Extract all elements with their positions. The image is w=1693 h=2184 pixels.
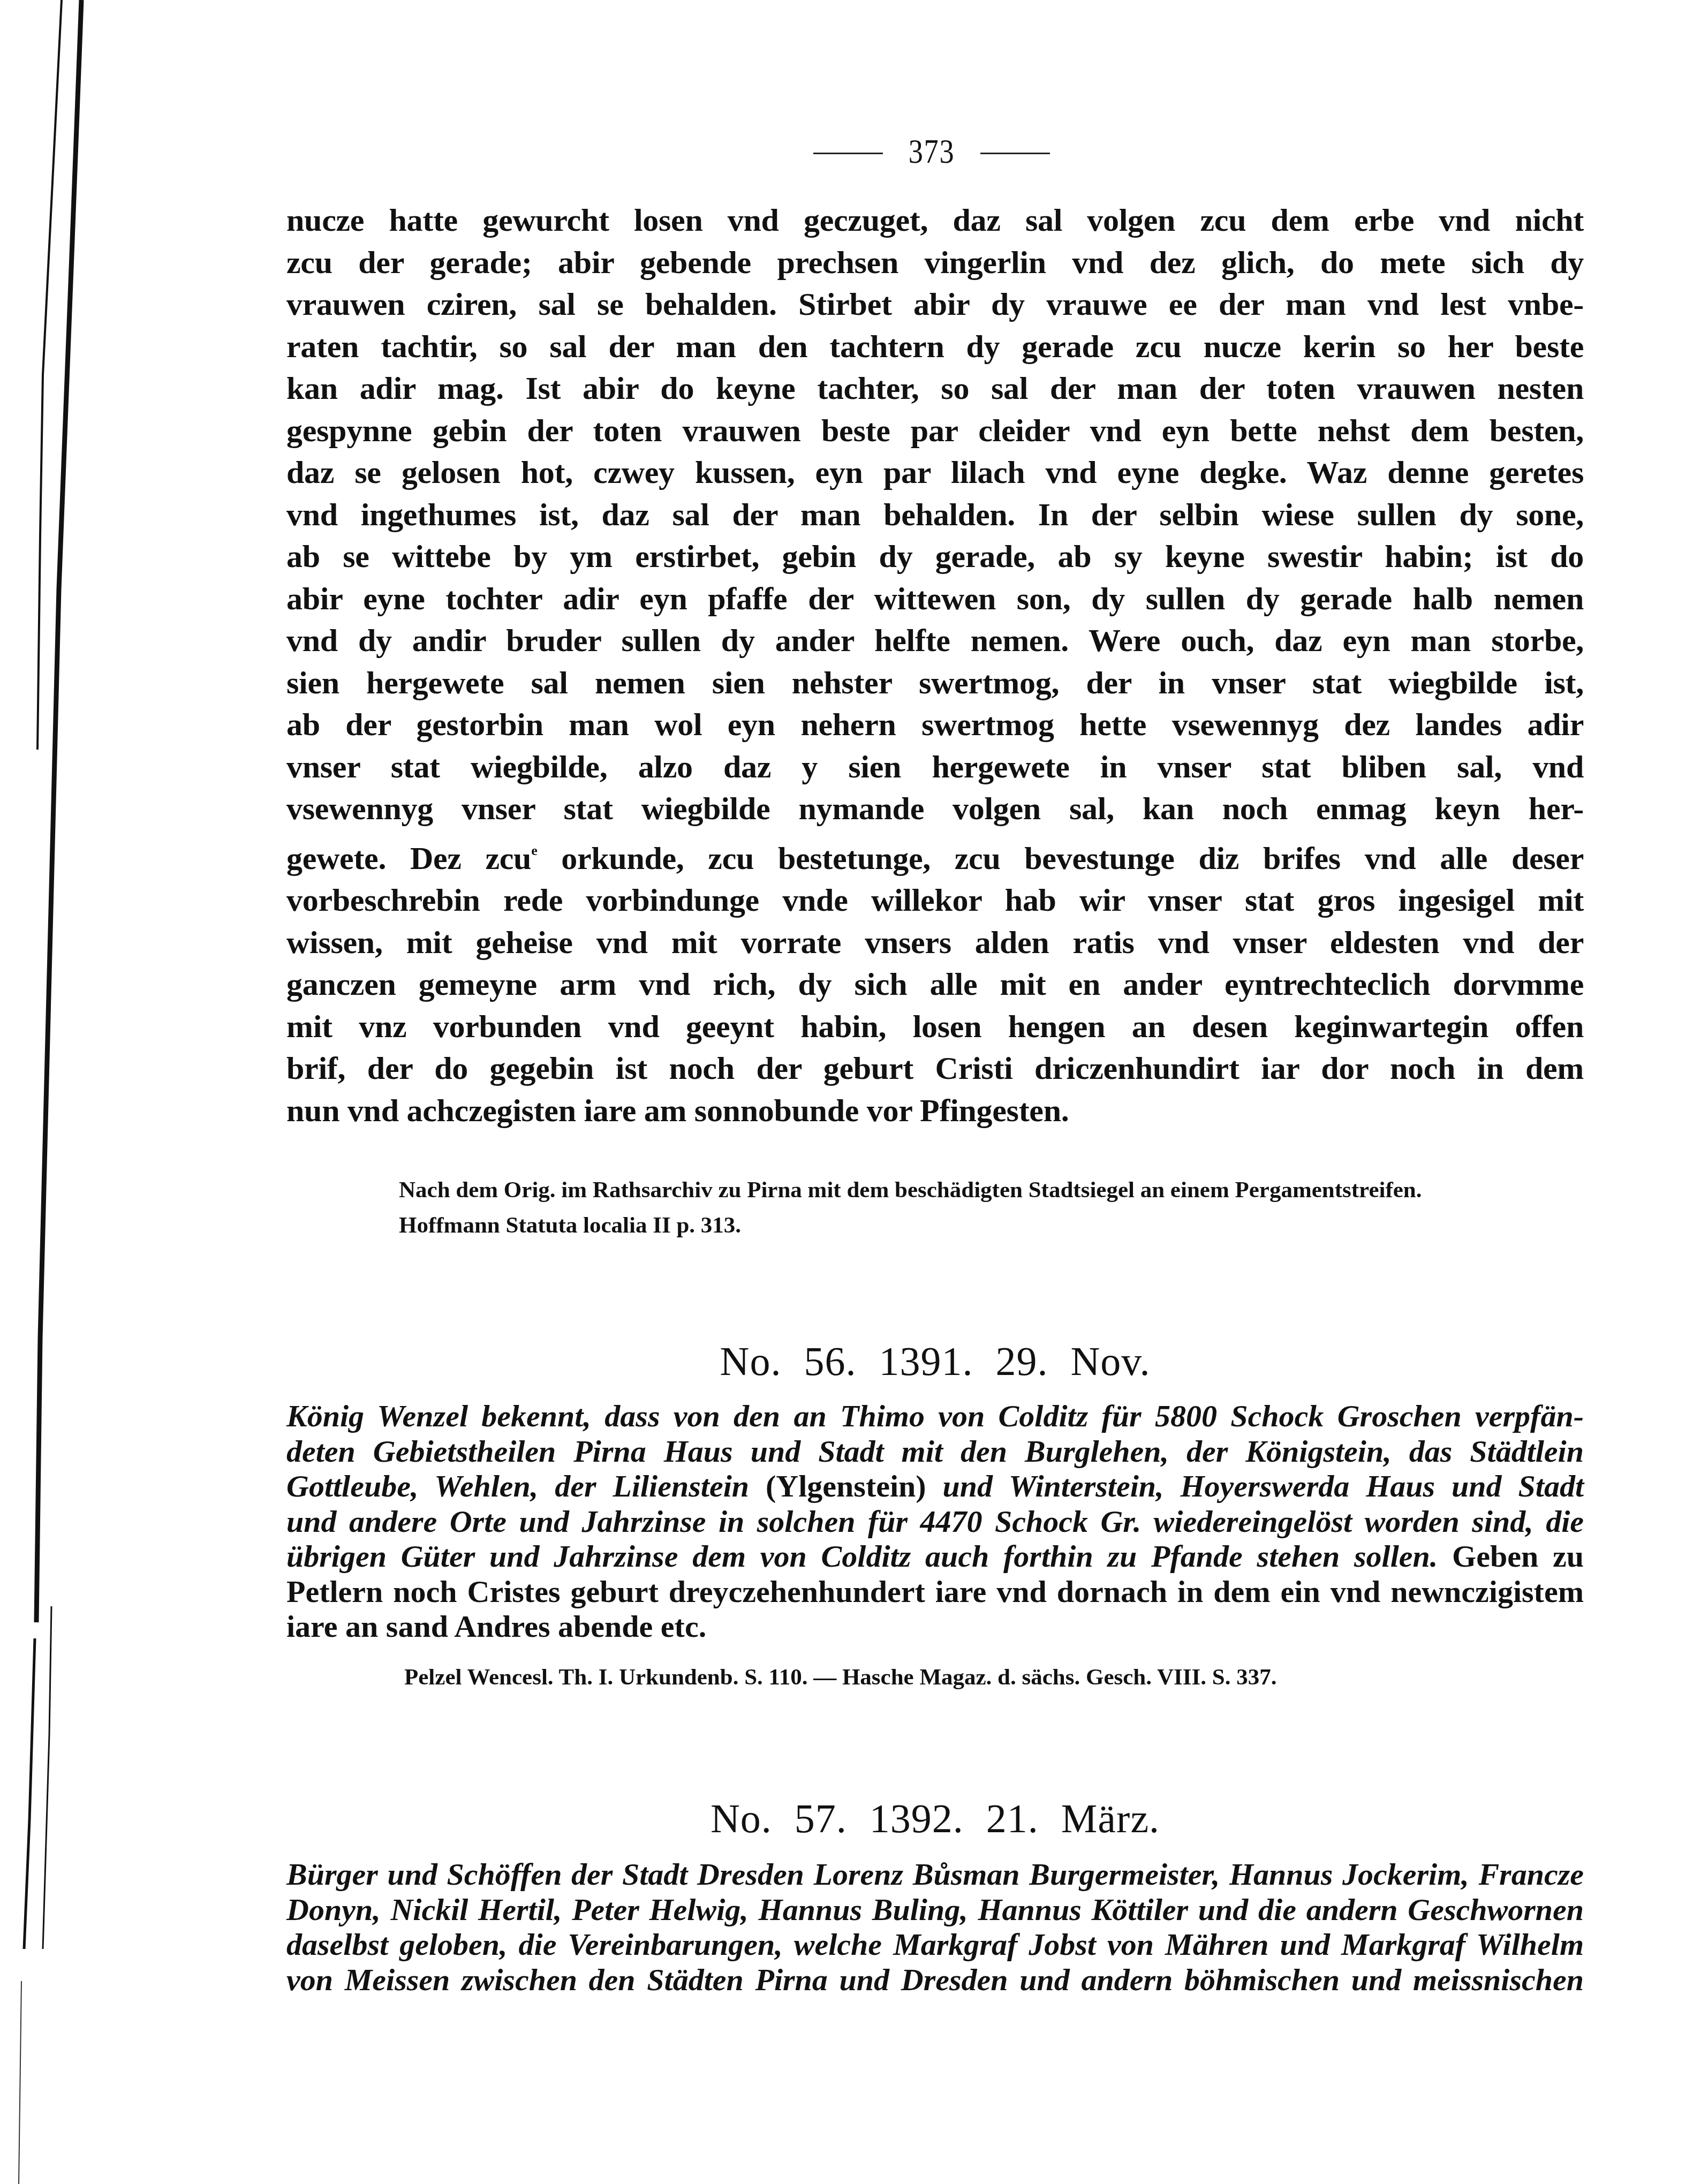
text-line: sien hergewete sal nemen sien nehster sw… — [286, 662, 1584, 704]
citation-line: Nach dem Orig. im Rathsarchiv zu Pirna m… — [399, 1173, 1582, 1208]
continuation-text: nucze hatte gewurcht losen vnd geczuget,… — [286, 199, 1584, 1131]
text-fragment: und Winterstein, Hoyerswerda Haus und St… — [943, 1469, 1584, 1503]
text-line: vorbeschrebin rede vorbindunge vnde will… — [286, 879, 1584, 921]
text-line: ab der gestorbin man wol eyn nehern swer… — [286, 704, 1584, 746]
text-line: nucze hatte gewurcht losen vnd geczuget,… — [286, 199, 1584, 241]
doc57-heading: No. 57. 1392. 21. März. — [286, 1795, 1584, 1843]
scan-gutter-lines — [0, 0, 107, 2184]
text-line: daz se gelosen hot, czwey kussen, eyn pa… — [286, 451, 1584, 494]
header-rule-right — [980, 153, 1050, 154]
text-line: vnser stat wiegbilde, alzo daz y sien he… — [286, 746, 1584, 788]
text-line: vnd ingethumes ist, daz sal der man beha… — [286, 494, 1584, 536]
text-line: ganczen gemeyne arm vnd rich, dy sich al… — [286, 963, 1584, 1006]
text-line: raten tachtir, so sal der man den tachte… — [286, 326, 1584, 368]
text-line: gespynne gebin der toten vrauwen beste p… — [286, 410, 1584, 452]
summary-line: iare an sand Andres abende etc. — [286, 1609, 1584, 1644]
text-line: abir eyne tochter adir eyn pfaffe der wi… — [286, 578, 1584, 620]
summary-line: Bürger und Schöffen der Stadt Dresden Lo… — [286, 1857, 1584, 1892]
summary-line: Donyn, Nickil Hertil, Peter Helwig, Hann… — [286, 1892, 1584, 1928]
text-line: vsewennyg vnser stat wiegbilde nymande v… — [286, 788, 1584, 830]
summary-line: Petlern noch Cristes geburt dreyczehenhu… — [286, 1574, 1584, 1609]
text-fragment: gewete. Dez zcu — [286, 841, 531, 876]
citation-line: Pelzel Wencesl. Th. I. Urkundenb. S. 110… — [404, 1660, 1588, 1695]
page-number: 373 — [909, 132, 955, 171]
text-line: zcu der gerade; abir gebende prechsen vi… — [286, 241, 1584, 284]
summary-line: deten Gebietstheilen Pirna Haus und Stad… — [286, 1434, 1584, 1469]
text-fragment-roman: Geben zu — [1452, 1539, 1584, 1574]
text-line: brif, der do gegebin ist noch der geburt… — [286, 1047, 1584, 1090]
text-line: nun vnd achczegisten iare am sonnobunde … — [286, 1090, 1584, 1132]
header-rule-left — [813, 153, 883, 154]
superscript-e: e — [531, 843, 537, 858]
summary-line: und andere Orte und Jahrzinse in solchen… — [286, 1504, 1584, 1539]
summary-line: König Wenzel bekennt, dass von den an Th… — [286, 1399, 1584, 1434]
text-line: kan adir mag. Ist abir do keyne tachter,… — [286, 367, 1584, 410]
summary-line: übrigen Güter und Jahrzinse dem von Cold… — [286, 1539, 1584, 1574]
doc56-summary: König Wenzel bekennt, dass von den an Th… — [286, 1399, 1584, 1644]
text-fragment: übrigen Güter und Jahrzinse dem von Cold… — [286, 1539, 1438, 1574]
summary-line: Gottleube, Wehlen, der Lilienstein (Ylge… — [286, 1469, 1584, 1504]
text-line: vrauwen cziren, sal se behalden. Stirbet… — [286, 283, 1584, 326]
summary-line: daselbst geloben, die Vereinbarungen, we… — [286, 1927, 1584, 1962]
page-header: 373 — [792, 127, 1071, 176]
text-fragment: orkunde, zcu bestetunge, zcu bevestunge … — [537, 841, 1584, 876]
citation-line: Hoffmann Statuta localia II p. 313. — [399, 1208, 1582, 1243]
doc56-heading: No. 56. 1391. 29. Nov. — [286, 1337, 1584, 1386]
text-line: gewete. Dez zcue orkunde, zcu bestetunge… — [286, 830, 1584, 880]
doc56-citation: Pelzel Wencesl. Th. I. Urkundenb. S. 110… — [404, 1660, 1588, 1695]
text-line: vnd dy andir bruder sullen dy ander helf… — [286, 619, 1584, 662]
text-line: mit vnz vorbunden vnd geeynt habin, lose… — [286, 1006, 1584, 1048]
continuation-paragraph: nucze hatte gewurcht losen vnd geczuget,… — [286, 199, 1584, 1131]
text-line: wissen, mit geheise vnd mit vorrate vnse… — [286, 921, 1584, 964]
text-fragment-roman: (Ylgenstein) — [766, 1469, 926, 1503]
text-line: ab se wittebe by ym erstirbet, gebin dy … — [286, 535, 1584, 578]
text-fragment: Gottleube, Wehlen, der Lilienstein — [286, 1469, 749, 1503]
summary-line: von Meissen zwischen den Städten Pirna u… — [286, 1962, 1584, 1998]
doc57-summary: Bürger und Schöffen der Stadt Dresden Lo… — [286, 1857, 1584, 1997]
continuation-citation: Nach dem Orig. im Rathsarchiv zu Pirna m… — [399, 1173, 1582, 1243]
